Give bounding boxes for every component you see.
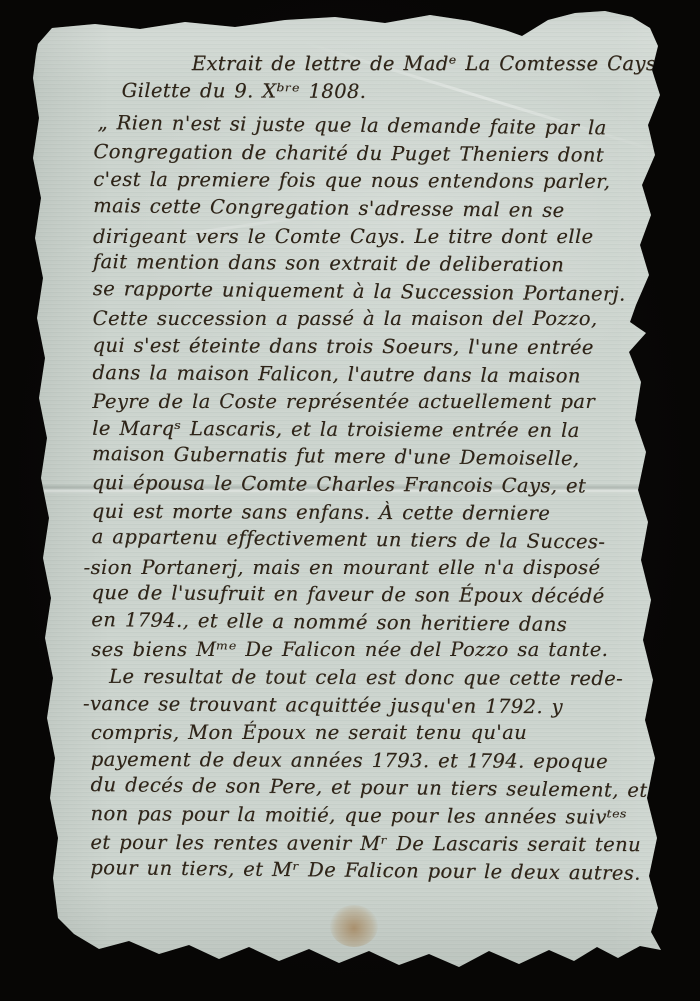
manuscript-page: Extrait de lettre de Madᵉ La Comtesse Ca… [0,0,700,1001]
manuscript-line: Peyre de la Coste représentée actuelleme… [92,388,667,416]
manuscript-line: Le resultat de tout cela est donc que ce… [109,663,666,693]
manuscript-line: dans la maison Falicon, l'autre dans la … [92,359,667,391]
manuscript-heading-line: Extrait de lettre de Madᵉ La Comtesse Ca… [192,50,669,78]
manuscript-line: a appartenu effectivement un tiers de la… [92,523,667,557]
manuscript-line: c'est la premiere fois que nous entendon… [93,166,668,196]
manuscript-line: compris, Mon Époux ne serait tenu qu'au [91,719,666,747]
manuscript-line: non pas pour la moitié, que pour les ann… [90,800,665,832]
manuscript-line: -vance se trouvant acquittée jusqu'en 17… [83,690,666,722]
manuscript-line: se rapporte uniquement à la Succession P… [93,275,668,309]
manuscript-line: Cette succession a passé à la maison del… [93,305,668,333]
manuscript-line: qui épousa le Comte Charles Francois Cay… [92,469,667,501]
manuscript-line: en 1794., et elle a nommé son heritiere … [91,606,666,640]
manuscript-line: ses biens Mᵐᵉ De Falicon née del Pozzo s… [91,636,666,664]
manuscript-line: dirigeant vers le Comte Cays. Le titre d… [93,223,668,251]
manuscript-line: mais cette Congregation s'adresse mal en… [93,192,668,226]
manuscript-line: qui est morte sans enfans. À cette derni… [92,497,667,527]
manuscript-line: Congregation de charité du Puget Thenier… [93,138,668,170]
manuscript-line: -sion Portanerj, mais en mourant elle n'… [84,554,667,582]
photo-background: Extrait de lettre de Madᵉ La Comtesse Ca… [0,0,700,1001]
manuscript-line: qui s'est éteinte dans trois Soeurs, l'u… [92,332,667,362]
manuscript-text: Extrait de lettre de Madᵉ La Comtesse Ca… [90,49,669,886]
manuscript-heading-line: Gilette du 9. Xᵇʳᵉ 1808. [122,76,669,106]
manuscript-line: pour un tiers, et Mʳ De Falicon pour le … [90,854,665,888]
